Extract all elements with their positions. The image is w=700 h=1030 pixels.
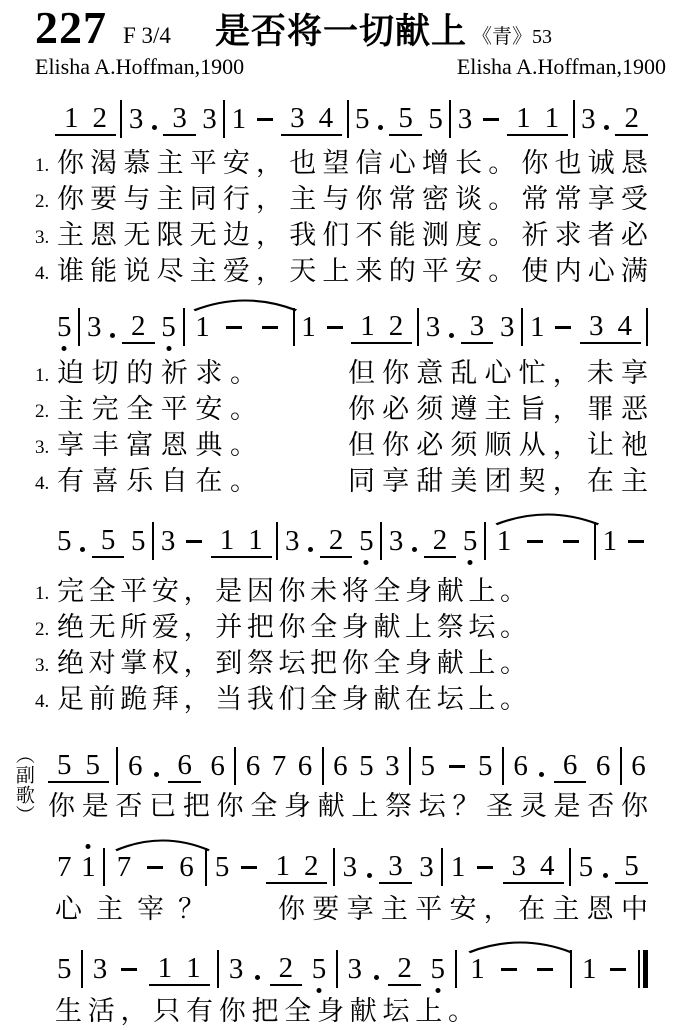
lyric-char: 你 [356,183,383,216]
lyric-line: 4.谁能说尽主爱，天上来的平安。使内心满 [35,252,648,288]
dash-hold [257,118,273,121]
note: 6 [296,751,315,781]
lyric-char: 献 [318,790,345,823]
lyric-text: 完全平安，是因你未将全身献上。 [57,575,527,608]
music-system: 532511123331341.迫切的祈求。但你意乱心忙，未享2.主完全平安。你… [35,306,648,498]
final-barline-thin [638,950,640,988]
lyric-char: 受 [621,183,648,216]
lyric-char: 喜 [92,465,119,498]
tie-group: 1 [491,526,590,556]
beam-group: 2 [122,311,155,344]
note: 5 [50,750,79,780]
lyric-char: 圣 [486,790,513,823]
lyric-char: 恩 [161,429,188,462]
lyric-line: 2.你要与主同行，主与你常密谈。常常享受 [35,180,648,216]
note: 7 [55,852,74,882]
note: 1 [57,103,86,133]
lyric-char: 者 [588,219,615,252]
lyric-char: 安 [152,575,179,608]
lyric-char: 与 [322,183,349,216]
hymn-number: 227 [35,4,107,52]
lyric-char: 也 [555,147,582,180]
lyric-char: 迫 [57,357,84,390]
music-system: 555311325325111.完全平安，是因你未将全身献上。2.绝无所爱，并把… [35,520,648,716]
lyric-char: 与 [123,183,150,216]
lyric-line: 4.有喜乐自在。同享甜美团契，在主 [35,462,648,498]
lyric-char: 全 [310,683,337,716]
note: 7 [270,751,289,781]
note: 3 [387,526,406,556]
note: 5 [426,104,445,134]
lyric-char: 切 [92,357,119,390]
tie-arc [493,511,602,525]
note: 1 [213,525,242,555]
barline [409,747,411,785]
lyric-char: 上 [415,995,442,1028]
lyric-char: 否 [587,790,614,823]
dash-hold [147,866,163,869]
lyric-char: 。 [448,995,475,1028]
lyric-char: 同 [190,183,217,216]
lyric-char: 常 [521,183,548,216]
note: 3 [582,311,611,341]
lyric-line: 3.享丰富恩典。但你必须顺从，让祂 [35,426,648,462]
lyric-char: 限 [157,219,184,252]
lyric-char: 我 [289,219,316,252]
note: 2 [272,953,301,983]
lyric-line: 生活，只有你把全身献坛上。 [55,992,648,1028]
barline [116,747,118,785]
lyric-text: 享丰富恩典。 [57,429,257,462]
lyric-char: 能 [389,219,416,252]
lyric-char: 全 [373,575,400,608]
music-system: 12333134555311321.你渴慕主平安，也望信心增长。你也诚恳2.你要… [35,98,648,288]
lyric-char: 把 [247,611,274,644]
barline [217,950,219,988]
lyric-char: 尽 [157,255,184,288]
note: 3 [85,312,104,342]
lyric-char: 对 [89,647,116,680]
lyric-text: 谁能说尽主爱，天上来的平安。使内心满 [57,255,648,288]
barline [152,522,154,560]
dash-hold [186,540,202,543]
lyric-char: 的 [126,357,153,390]
lyric-char: 坛 [419,790,446,823]
tie-arc [113,837,212,851]
verse-number: 2. [35,620,57,644]
lyric-char: 团 [485,465,512,498]
lyric-char: 主 [157,147,184,180]
lyric-char: 未 [587,357,614,390]
lyric-char: 度 [455,219,482,252]
lyric-text: 主恩无限无边，我们不能测度。祈求者必 [57,219,648,252]
lyric-char: 必 [416,429,443,462]
lyric-char: 中 [621,893,648,926]
lyric-char: 主 [552,893,579,926]
lyric-char: 平 [161,393,188,426]
note: 1 [241,525,270,555]
dash-hold [563,540,579,543]
augmentation-dot [603,873,608,878]
notation-line: 55531132532511 [55,520,648,562]
lyric-char: ？ [452,790,479,823]
note: 1 [464,954,491,984]
note: 1 [528,312,547,342]
notation-line: 717651233313455 [55,846,648,888]
lyric-char: 主 [157,183,184,216]
barline [322,747,324,785]
lyric-char: 。 [488,147,515,180]
note: 1 [449,852,468,882]
lyric-char: 享 [621,357,648,390]
lyric-char: 全 [373,647,400,680]
barline [276,522,278,560]
lyric-char: 你 [278,893,305,926]
verse-number: 1. [35,366,57,390]
lyric-char: 绝 [57,611,84,644]
music-system: （副歌）55666676653556666你是否已把你全身献上祭坛？圣灵是否你 [35,745,648,823]
dash-hold [241,866,257,869]
lyrics-block: 1.迫切的祈求。但你意乱心忙，未享2.主完全平安。你必须遵主旨，罪恶3.享丰富恩… [35,354,648,498]
lyric-char: 天 [289,255,316,288]
lyric-char: ， [121,995,148,1028]
note: 5 [55,312,74,342]
lyric-char: 完 [92,393,119,426]
barline [205,848,207,886]
note: 6 [629,751,648,781]
lyric-line: 1.完全平安，是因你未将全身献上。 [35,572,648,608]
lyric-char: ， [184,575,211,608]
lyric-char: 你 [219,995,246,1028]
beam-group: 2 [270,953,303,986]
lyric-char: 安 [455,255,482,288]
note: 6 [331,751,350,781]
lyric-char: 遵 [450,393,477,426]
beam-group: 3 [163,103,196,136]
lyric-char: 献 [373,683,400,716]
barline [336,950,338,988]
lyric-line: 4.足前跪拜，当我们全身献在坛上。 [35,680,648,716]
note: 1 [230,104,249,134]
lyric-char: 上 [351,790,378,823]
lyric-char: 上 [468,683,495,716]
lyric-char: 不 [356,219,383,252]
page-title: 是否将一切献上 [215,4,467,54]
augmentation-dot [449,333,454,338]
lyric-char: ， [256,183,283,216]
lyric-char: 未 [310,575,337,608]
dash-hold [610,968,626,971]
lyric-char: 慕 [123,147,150,180]
lyric-char: 已 [149,790,176,823]
lyric-char: 主 [621,465,648,498]
note: 3 [498,312,517,342]
note: 5 [129,526,148,556]
lyric-char: 是 [82,790,109,823]
note: 6 [170,750,199,780]
lyric-char: 享 [347,893,374,926]
verse-number: 1. [35,584,57,608]
note: 1 [189,312,216,342]
lyric-char: 你 [217,790,244,823]
note: 3 [381,851,410,881]
lyric-text: 你要享主平安，在主恩中 [278,893,648,926]
note: 2 [617,103,646,133]
note: 1 [79,852,98,882]
barline [120,100,122,138]
lyric-text: 生活，只有你把全身献坛上。 [55,995,475,1028]
lyric-char: 平 [120,575,147,608]
lyric-char: 完 [57,575,84,608]
lyric-char: 恳 [621,147,648,180]
lyric-char: 。 [230,465,257,498]
note: 6 [126,751,145,781]
barline [103,848,105,886]
lyric-line: 心主宰？你要享主平安，在主恩中 [55,890,648,926]
note: 2 [86,103,115,133]
lyric-text: 迫切的祈求。 [57,357,257,390]
verse-number: 1. [35,156,57,180]
lyrics-block: 生活，只有你把全身献坛上。 [35,992,648,1028]
lyric-char: 你 [382,357,409,390]
hymn-sheet-page: 227 F 3/4 是否将一切献上 《青》53 Elisha A.Hoffman… [0,0,700,1030]
lyric-char: 诚 [588,147,615,180]
lyric-char: 你 [278,575,305,608]
lyric-char: 只 [153,995,180,1028]
lyric-char: 让 [587,429,614,462]
beam-group: 12 [351,311,412,344]
lyric-char: 。 [230,393,257,426]
note: 3 [463,311,492,341]
note: 5 [159,312,178,342]
lyric-char: ， [184,611,211,644]
note: 1 [353,311,382,341]
lyric-char: 平 [415,893,442,926]
lyric-char: 主 [57,393,84,426]
lyric-char: 谈 [455,183,482,216]
note: 3 [227,954,246,984]
lyric-char: 主 [485,393,512,426]
lyric-char: 在 [587,465,614,498]
note: 2 [297,851,326,881]
lyric-line: 你是否已把你全身献上祭坛？圣灵是否你 [48,787,648,823]
lyric-char: 主 [190,255,217,288]
verse-number: 2. [35,192,57,216]
augmentation-dot [374,975,379,980]
lyric-char: 生 [55,995,82,1028]
lyric-char: 你 [57,147,84,180]
augmentation-dot [539,772,544,777]
augmentation-dot [154,772,159,777]
lyric-char: 是 [215,575,242,608]
augmentation-dot [604,125,609,130]
lyric-char: 祈 [521,219,548,252]
lyric-char: 因 [247,575,274,608]
barline [234,747,236,785]
lyric-char: 乱 [450,357,477,390]
lyric-text: 你渴慕主平安，也望信心增长。你也诚恳 [57,147,648,180]
barline [620,747,622,785]
barline [646,308,648,346]
notation-line: 1233313455531132 [55,98,648,140]
barline [347,100,349,138]
note: 6 [594,751,613,781]
barline [78,308,80,346]
lyric-char: 密 [422,183,449,216]
lyric-char: 祭 [247,647,274,680]
lyric-char: 。 [488,255,515,288]
lyric-char: 说 [123,255,150,288]
lyric-char: 身 [342,611,369,644]
lyric-char: 主 [96,893,123,926]
dash-hold [121,968,137,971]
note: 6 [208,751,227,781]
note: 5 [461,526,480,556]
authors-row: Elisha A.Hoffman,1900 Elisha A.Hoffman,1… [35,54,680,80]
lyric-char: 有 [57,465,84,498]
lyrics-block: 1.你渴慕主平安，也望信心增长。你也诚恳2.你要与主同行，主与你常密谈。常常享受… [35,144,648,288]
notation-line: 531132532511 [55,948,648,990]
final-barline [638,950,648,988]
lyric-char: 坛 [383,995,410,1028]
note: 5 [353,104,372,134]
lyric-char: 在 [405,683,432,716]
lyric-char: 求 [195,357,222,390]
barline [417,308,419,346]
note: 6 [556,750,585,780]
note: 1 [601,526,620,556]
note: 2 [322,525,351,555]
note: 1 [509,103,538,133]
note: 5 [213,852,232,882]
lyric-char: ， [484,893,511,926]
lyric-char: 顺 [485,429,512,462]
barline [569,848,571,886]
lyric-char: ， [184,647,211,680]
note: 7 [111,852,138,882]
beam-group: 11 [211,525,272,558]
author-left: Elisha A.Hoffman,1900 [35,54,244,80]
lyric-char: 身 [405,575,432,608]
lyric-char: 祂 [621,429,648,462]
note: 3 [456,104,475,134]
lyric-char: 身 [284,790,311,823]
note: 5 [357,751,376,781]
lyric-char: 你 [382,429,409,462]
note: 3 [200,104,219,134]
barline [594,522,596,560]
note: 5 [310,954,329,984]
lyric-char: 上 [468,575,495,608]
refrain-label: （副歌） [12,745,34,847]
lyric-char: 同 [348,465,375,498]
barline [293,308,295,346]
lyric-char: 有 [186,995,213,1028]
lyric-char: 无 [123,219,150,252]
beam-group: 6 [168,750,201,783]
note: 3 [91,954,110,984]
note: 6 [173,852,200,882]
note: 2 [124,311,153,341]
lyric-char: 全 [250,790,277,823]
lyric-char: 长 [455,147,482,180]
lyric-char: 权 [152,647,179,680]
lyric-char: 将 [342,575,369,608]
lyric-text: 主完全平安。 [57,393,257,426]
lyric-char: 信 [356,147,383,180]
lyric-char: 。 [488,219,515,252]
lyric-char: 须 [416,393,443,426]
beam-group: 2 [424,525,457,558]
lyric-text: 你必须遵主旨，罪恶 [348,393,648,426]
barline [502,747,504,785]
lyric-char: 安 [195,393,222,426]
note: 6 [511,751,530,781]
note: 3 [346,954,365,984]
lyric-char: 要 [312,893,339,926]
lyric-char: 。 [500,611,527,644]
note: 5 [617,851,646,881]
lyric-char: 灵 [520,790,547,823]
lyric-line: 2.绝无所爱，并把你全身献上祭坛。 [35,608,648,644]
barline [223,100,225,138]
lyric-char: 乐 [126,465,153,498]
note: 1 [491,526,518,556]
augmentation-dot [308,547,313,552]
lyric-char: 主 [289,183,316,216]
lyric-char: 拜 [152,683,179,716]
lyric-char: 罪 [587,393,614,426]
beam-group: 12 [55,103,116,136]
dash-hold [628,540,644,543]
lyric-char: 丰 [92,429,119,462]
note: 5 [419,751,438,781]
lyric-char: 献 [373,611,400,644]
lyric-char: 甜 [416,465,443,498]
lyric-char: 坛 [437,683,464,716]
lyric-char: 你 [278,611,305,644]
tie-arc [466,939,575,953]
verse-number: 3. [35,656,57,680]
lyric-char: 内 [555,255,582,288]
note: 6 [244,751,263,781]
lyric-char: 献 [437,647,464,680]
lyric-char: 满 [621,255,648,288]
tie-group: 76 [111,852,200,882]
lyric-char: 能 [90,255,117,288]
lyric-char: 。 [488,183,515,216]
lyric-char: 坛 [278,647,305,680]
lyric-char: 全 [126,393,153,426]
lyric-char: 全 [89,575,116,608]
lyric-char: 增 [422,147,449,180]
lyric-char: ， [256,255,283,288]
lyric-char: 跪 [120,683,147,716]
lyric-char: 。 [500,575,527,608]
verse-number: 3. [35,438,57,462]
lyric-char: 们 [278,683,305,716]
lyric-char: 安 [223,147,250,180]
lyrics-block: 1.完全平安，是因你未将全身献上。2.绝无所爱，并把你全身献上祭坛。3.绝对掌权… [35,572,648,716]
lyric-char: 富 [126,429,153,462]
dash-hold [327,326,343,329]
augmentation-dot [412,547,417,552]
lyric-text: 绝无所爱，并把你全身献上祭坛。 [57,611,527,644]
note: 1 [299,312,318,342]
augmentation-dot [80,547,85,552]
note: 1 [268,851,297,881]
beam-group: 5 [615,851,648,884]
